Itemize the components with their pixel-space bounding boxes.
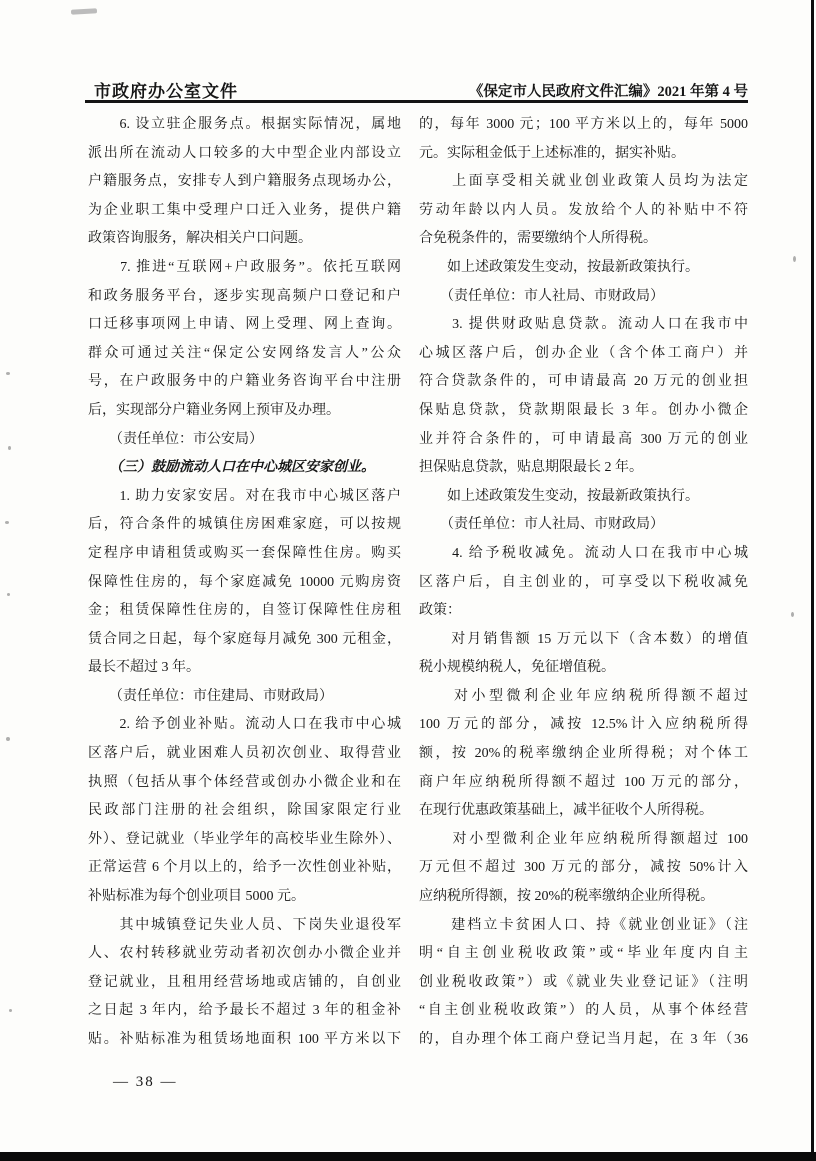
text-line: 和政务服务平台，逐步实现高频户口登记和户 [88,283,401,312]
text-line: （责任单位：市公安局） [88,426,401,455]
text-line: 3. 提供财政贴息贷款。流动人口在我市中 [419,311,748,340]
text-line: 政策咨询服务，解决相关户口问题。 [88,225,401,254]
text-line: 其中城镇登记失业人员、下岗失业退役军 [88,912,401,941]
text-line: 对月销售额 15 万元以下（含本数）的增值 [419,626,748,655]
text-line: 政策： [419,597,748,626]
text-line: 区落户后，自主创业的，可享受以下税收减免 [419,569,748,598]
text-line: 登记就业，且租用经营场地或店铺的，自创业 [88,969,401,998]
text-line: 上面享受相关就业创业政策人员均为法定 [419,168,748,197]
text-line: 应纳税所得额，按 20%的税率缴纳企业所得税。 [419,883,748,912]
text-line: （责任单位：市人社局、市财政局） [419,283,748,312]
scan-edge-line [811,0,814,1153]
page-number: — 38 — [113,1074,178,1091]
text-line: 口迁移事项网上申请、网上受理、网上查询。 [88,311,401,340]
scan-speck [791,612,794,617]
text-column-left: 6. 设立驻企服务点。根据实际情况，属地派出所在流动人口较多的大中型企业内部设立… [88,111,401,1055]
text-line: 2. 给予创业补贴。流动人口在我市中心城 [88,711,401,740]
text-line: 定程序申请租赁或购买一套保障性住房。购买 [88,540,401,569]
text-line: 保贴息贷款，贷款期限最长 3 年。创办小微企 [419,397,748,426]
text-line: 贴。补贴标准为租赁场地面积 100 平方米以下 [88,1026,401,1055]
text-line: 最长不超过 3 年。 [88,654,401,683]
scan-bottom-edge [0,1152,816,1161]
scan-speck [9,1009,12,1012]
text-line: 万元但不超过 300 万元的部分，减按 50%计入 [419,854,748,883]
text-line: （三）鼓励流动人口在中心城区安家创业。 [88,454,401,483]
text-line: 劳动年龄以内人员。发放给个人的补贴中不符 [419,197,748,226]
text-line: 外）、登记就业（毕业学年的高校毕业生除外）、 [88,826,401,855]
text-line: 担保贴息贷款，贴息期限最长 2 年。 [419,454,748,483]
scan-speck [8,446,11,450]
text-line: 保障性住房的，每个家庭减免 10000 元购房资 [88,569,401,598]
document-series-title: 市政府办公室文件 [94,77,238,102]
header-rule [85,100,748,103]
text-line: 对小型微利企业年应纳税所得额不超过 [419,683,748,712]
scanned-document-page: 市政府办公室文件 《保定市人民政府文件汇编》2021 年第 4 号 6. 设立驻… [0,0,816,1161]
text-line: 民政部门注册的社会组织，除国家限定行业 [88,797,401,826]
text-line: 之日起 3 年内，给予最长不超过 3 年的租金补 [88,997,401,1026]
text-line: 的，自办理个体工商户登记当月起，在 3 年（36 [419,1026,748,1055]
text-line: 合免税条件的，需要缴纳个人所得税。 [419,225,748,254]
scan-speck [5,521,9,524]
text-line: “自主创业税收政策”）的人员，从事个体经营 [419,997,748,1026]
text-line: （责任单位：市人社局、市财政局） [419,511,748,540]
text-line: 补贴标准为每个创业项目 5000 元。 [88,883,401,912]
text-line: 4. 给予税收减免。流动人口在我市中心城 [419,540,748,569]
text-line: 户籍服务点，安排专人到户籍服务点现场办公， [88,168,401,197]
text-line: 100 万元的部分，减按 12.5%计入应纳税所得 [419,711,748,740]
text-line: 创业税收政策”）或《就业失业登记证》（注明 [419,969,748,998]
text-line: 执照（包括从事个体经营或创办小微企业和在 [88,769,401,798]
text-line: 建档立卡贫困人口、持《就业创业证》（注 [419,912,748,941]
text-line: 正常运营 6 个月以上的，给予一次性创业补贴， [88,854,401,883]
scan-speck [6,737,10,741]
text-line: 区落户后，就业困难人员初次创业、取得营业 [88,740,401,769]
text-line: 赁合同之日起，每个家庭每月减免 300 元租金， [88,626,401,655]
text-line: 税小规模纳税人，免征增值税。 [419,654,748,683]
text-line: 后，实现部分户籍业务网上预审及办理。 [88,397,401,426]
text-line: 如上述政策发生变动，按最新政策执行。 [419,254,748,283]
text-line: 如上述政策发生变动，按最新政策执行。 [419,483,748,512]
scan-smudge [71,8,97,14]
compilation-issue-title: 《保定市人民政府文件汇编》2021 年第 4 号 [469,80,748,101]
text-line: 1. 助力安家安居。对在我市中心城区落户 [88,483,401,512]
text-line: 7. 推进“互联网+户政服务”。依托互联网 [88,254,401,283]
text-line: 符合贷款条件的，可申请最高 20 万元的创业担 [419,368,748,397]
scan-speck [793,256,796,262]
text-line: 元。实际租金低于上述标准的，据实补贴。 [419,140,748,169]
text-line: 额，按 20%的税率缴纳企业所得税；对个体工 [419,740,748,769]
text-line: 为企业职工集中受理户口迁入业务，提供户籍 [88,197,401,226]
text-line: 号，在户政服务中的户籍业务咨询平台中注册 [88,368,401,397]
text-line: 人、农村转移就业劳动者初次创办小微企业并 [88,940,401,969]
text-line: 在现行优惠政策基础上，减半征收个人所得税。 [419,797,748,826]
text-line: 金；租赁保障性住房的，自签订保障性住房租 [88,597,401,626]
text-line: 心城区落户后，创办企业（含个体工商户）并 [419,340,748,369]
text-line: （责任单位：市住建局、市财政局） [88,683,401,712]
text-line: 群众可通过关注“保定公安网络发言人”公众 [88,340,401,369]
scan-speck [7,593,10,596]
text-line: 后，符合条件的城镇住房困难家庭，可以按规 [88,511,401,540]
text-column-right: 的，每年 3000 元；100 平方米以上的，每年 5000元。实际租金低于上述… [419,111,748,1055]
text-line: 对小型微利企业年应纳税所得额超过 100 [419,826,748,855]
text-line: 6. 设立驻企服务点。根据实际情况，属地 [88,111,401,140]
text-line: 派出所在流动人口较多的大中型企业内部设立 [88,140,401,169]
text-line: 商户年应纳税所得额不超过 100 万元的部分， [419,769,748,798]
text-line: 明“自主创业税收政策”或“毕业年度内自主 [419,940,748,969]
text-line: 业并符合条件的，可申请最高 300 万元的创业 [419,426,748,455]
scan-speck [6,372,10,375]
text-line: 的，每年 3000 元；100 平方米以上的，每年 5000 [419,111,748,140]
